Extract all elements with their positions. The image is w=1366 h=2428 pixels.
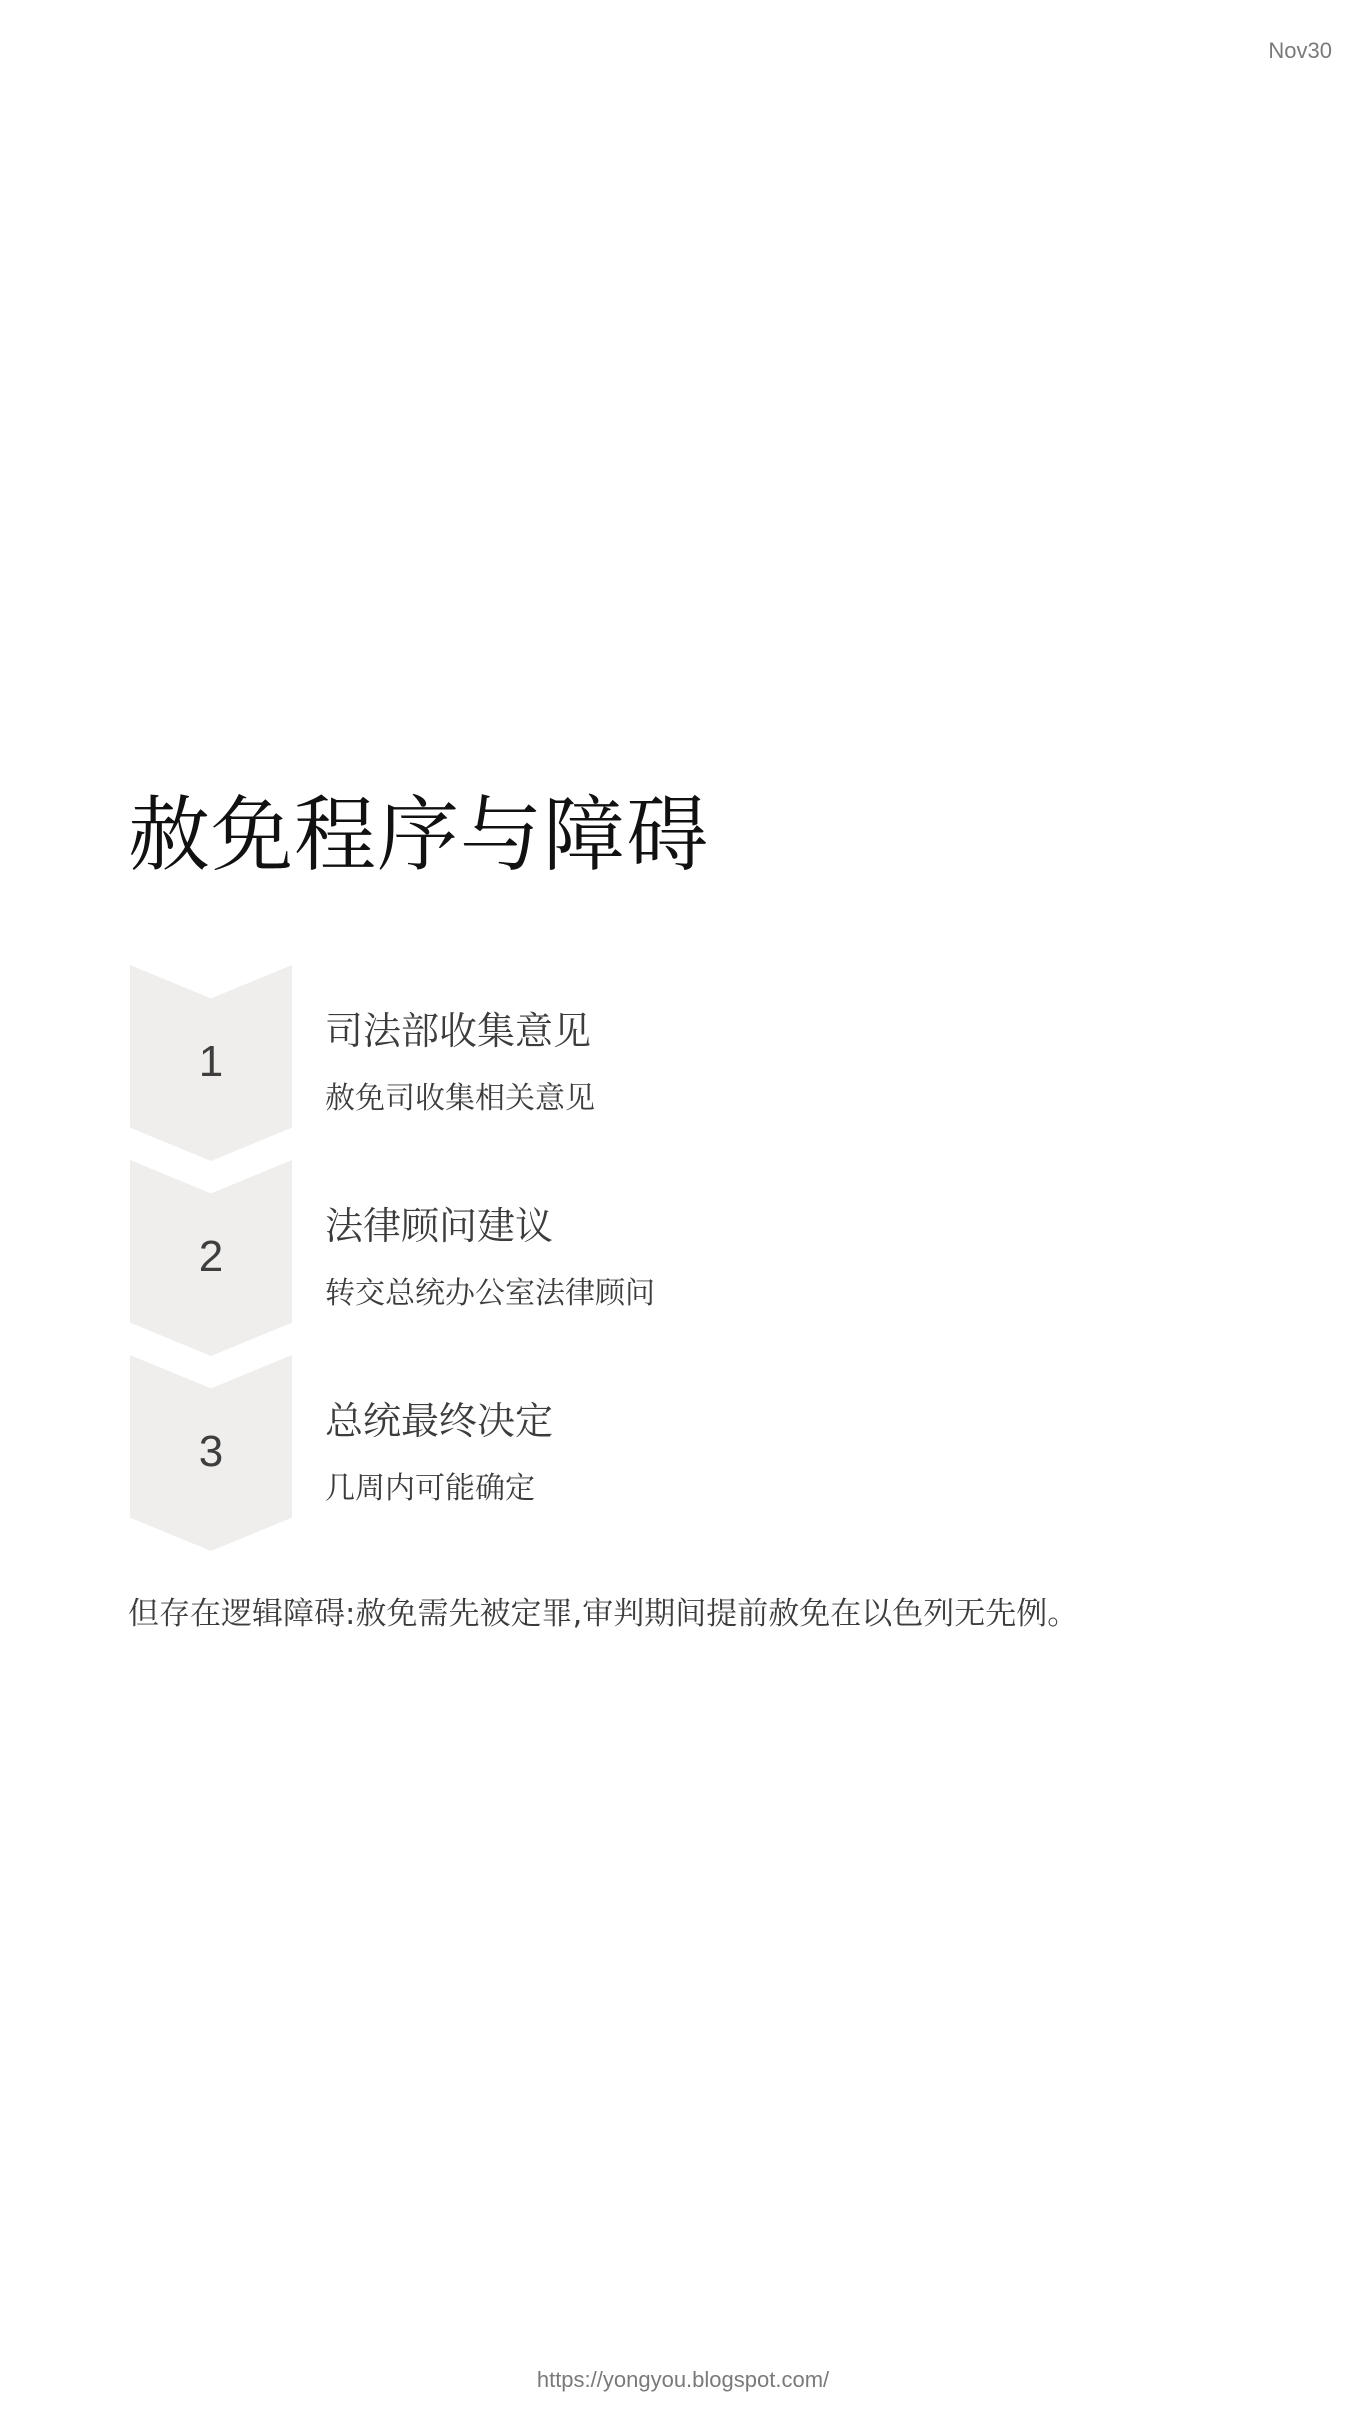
page-title: 赦免程序与障碍	[128, 795, 709, 877]
footer-url: https://yongyou.blogspot.com/	[0, 2367, 1366, 2393]
step-description: 转交总统办公室法律顾问	[325, 1268, 655, 1312]
step-number: 3	[130, 1427, 292, 1477]
step-1: 1 司法部收集意见 赦免司收集相关意见	[130, 965, 1230, 1161]
date-label: Nov30	[1268, 38, 1332, 64]
step-title: 总统最终决定	[325, 1390, 553, 1445]
step-description: 赦免司收集相关意见	[325, 1073, 595, 1117]
note-text: 但存在逻辑障碍:赦免需先被定罪,审判期间提前赦免在以色列无先例。	[128, 1588, 1078, 1633]
step-number: 1	[130, 1037, 292, 1087]
step-description: 几周内可能确定	[325, 1463, 535, 1507]
step-title: 法律顾问建议	[325, 1195, 553, 1250]
step-2: 2 法律顾问建议 转交总统办公室法律顾问	[130, 1160, 1230, 1356]
step-3: 3 总统最终决定 几周内可能确定	[130, 1355, 1230, 1551]
step-title: 司法部收集意见	[325, 1000, 591, 1055]
step-number: 2	[130, 1232, 292, 1282]
